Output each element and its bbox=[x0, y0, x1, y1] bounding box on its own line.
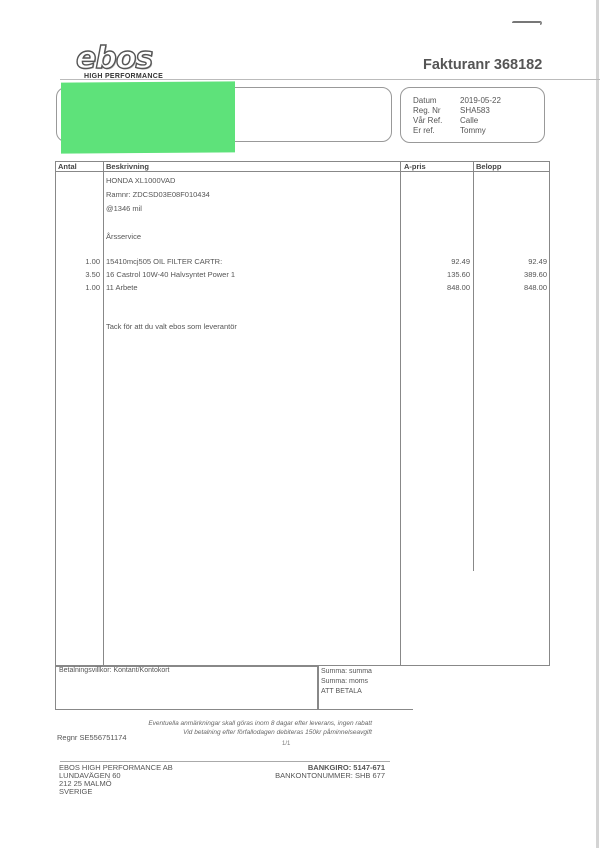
row-1-description: 15410mcj505 OIL FILTER CARTR: bbox=[106, 257, 222, 266]
row-3-description: 11 Arbete bbox=[106, 283, 138, 292]
col-divider-price bbox=[473, 161, 474, 571]
ref-date: Datum2019-05-22 bbox=[413, 96, 501, 106]
vehicle-mileage: @1346 mil bbox=[106, 204, 142, 213]
footer-divider bbox=[60, 761, 390, 762]
row-1-qty: 1.00 bbox=[66, 257, 100, 266]
header-amount: Belopp bbox=[476, 162, 501, 171]
thank-you-note: Tack för att du valt ebos som leverantör bbox=[106, 322, 237, 331]
vehicle-frame-number: Ramnr: ZDCSD03E08F010434 bbox=[106, 190, 210, 199]
row-2-unit-price: 135.60 bbox=[420, 270, 470, 279]
col-divider-desc bbox=[400, 161, 401, 666]
header-divider bbox=[60, 79, 600, 80]
ref-our-ref: Vår Ref.Calle bbox=[413, 116, 478, 126]
row-1-unit-price: 92.49 bbox=[420, 257, 470, 266]
ebos-logo: ebos HIGH PERFORMANCE bbox=[76, 44, 176, 80]
payment-terms: Betalningsvillkor: Kontant/Kontokort bbox=[59, 667, 170, 674]
row-3-qty: 1.00 bbox=[66, 283, 100, 292]
row-1-amount: 92.49 bbox=[496, 257, 547, 266]
invoice-label: Fakturanr bbox=[423, 57, 490, 73]
bank-details: BANKGIRO: 5147-671 BANKONTONUMMER: SHB 6… bbox=[215, 764, 385, 780]
header-qty: Antal bbox=[58, 162, 77, 171]
row-2-qty: 3.50 bbox=[66, 270, 100, 279]
scan-mark bbox=[512, 21, 542, 25]
scan-edge bbox=[596, 0, 599, 848]
row-3-unit-price: 848.00 bbox=[420, 283, 470, 292]
row-3-amount: 848.00 bbox=[496, 283, 547, 292]
sum-vat-label: Summa: moms bbox=[321, 678, 368, 685]
redaction-highlight bbox=[61, 81, 235, 153]
page-number: 1/1 bbox=[282, 741, 290, 747]
company-address: EBOS HIGH PERFORMANCE AB LUNDAVÄGEN 60 2… bbox=[59, 764, 173, 796]
reference-box: Datum2019-05-22 Reg. NrSHA583 Vår Ref.Ca… bbox=[400, 87, 545, 143]
header-description: Beskrivning bbox=[106, 162, 149, 171]
header-unit-price: A-pris bbox=[404, 162, 426, 171]
sum-subtotal-label: Summa: summa bbox=[321, 668, 372, 675]
bank-account: BANKONTONUMMER: SHB 677 bbox=[215, 772, 385, 780]
note-complaints: Eventuella anmärkningar skall göras inom… bbox=[80, 720, 372, 729]
col-divider-qty bbox=[103, 161, 104, 666]
company-country: SVERIGE bbox=[59, 788, 173, 796]
vat-registration: Regnr SE556751174 bbox=[57, 733, 127, 742]
row-2-amount: 389.60 bbox=[496, 270, 547, 279]
amount-due-label: ATT BETALA bbox=[321, 688, 362, 695]
logo-wordmark: ebos bbox=[76, 44, 176, 74]
vehicle-model: HONDA XL1000VAD bbox=[106, 176, 175, 185]
ref-reg-nr: Reg. NrSHA583 bbox=[413, 106, 490, 116]
service-type: Årsservice bbox=[106, 232, 141, 241]
invoice-number: Fakturanr 368182 bbox=[423, 57, 542, 73]
invoice-number-value: 368182 bbox=[494, 57, 542, 73]
ref-your-ref: Er ref.Tommy bbox=[413, 126, 486, 136]
row-2-description: 16 Castrol 10W-40 Halvsyntet Power 1 bbox=[106, 270, 235, 279]
